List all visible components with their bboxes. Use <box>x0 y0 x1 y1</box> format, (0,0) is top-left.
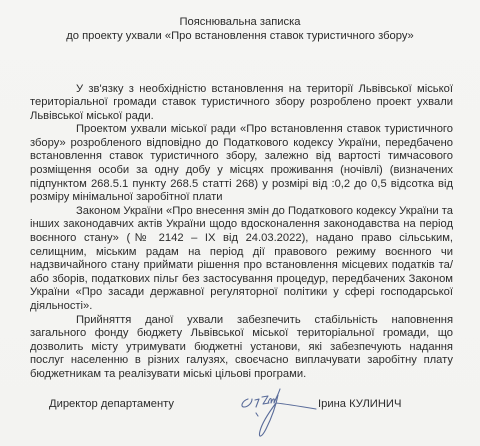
document-page: Пояснювальна записка до проекту ухвали «… <box>0 0 480 446</box>
handwritten-signature-icon <box>236 383 320 443</box>
title-line-2: до проекту ухвали «Про встановлення став… <box>0 30 480 44</box>
signature-block: Директор департаменту Ірина КУЛИНИЧ <box>0 395 480 443</box>
document-title: Пояснювальна записка до проекту ухвали «… <box>0 16 480 43</box>
signatory-position: Директор департаменту <box>49 398 174 410</box>
paragraph-rates: Проектом ухвали міської ради «Про встано… <box>30 123 453 205</box>
document-body: У зв'язку з необхідністю встановлення на… <box>30 83 453 382</box>
paragraph-purpose: У зв'язку з необхідністю встановлення на… <box>30 83 453 124</box>
paragraph-law: Законом України «Про внесення змін до По… <box>30 205 453 314</box>
title-line-1: Пояснювальна записка <box>0 16 480 30</box>
paragraph-outcome: Прийняття даної ухвали забезпечить стабі… <box>30 314 453 382</box>
signatory-name: Ірина КУЛИНИЧ <box>318 398 401 410</box>
